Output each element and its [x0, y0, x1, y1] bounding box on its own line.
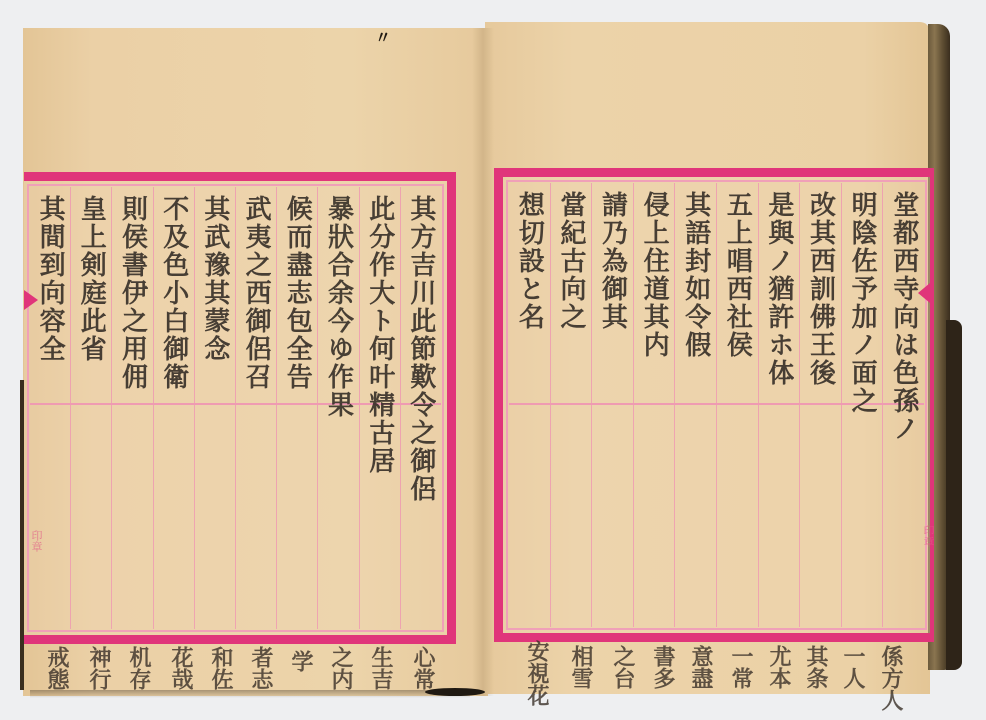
text-column: 其間到向容全: [30, 187, 70, 629]
text-column: 暴狀合余今ゆ作果: [317, 187, 358, 629]
text-column: 不及色小白御衛: [153, 187, 194, 629]
below-frame-text: 学: [290, 650, 312, 672]
below-frame-text: 生吉: [370, 646, 392, 690]
top-ink-mark: 〃: [375, 25, 391, 48]
text-column: 皇上剣庭此省: [70, 187, 111, 629]
left-frame-tab: [24, 290, 38, 310]
below-frame-text: 係方人: [880, 645, 902, 711]
below-frame-text: 相雪: [570, 645, 592, 689]
right-ruled-frame: 堂都西寺向は色孫ノ 明陰佐予加ノ面之 改其西訓佛王後 是與ノ猶許ホ体 五上唱西社…: [494, 168, 934, 642]
below-frame-text: 花哉: [170, 646, 192, 690]
text-column: 請乃為御其: [591, 183, 633, 627]
left-text-columns: 其方吉川此節歎令之御侶 此分作大ト何叶精古居 暴狀合余今ゆ作果 候而盡志包全告 …: [30, 187, 441, 629]
below-frame-text: 机存: [128, 646, 150, 690]
below-frame-text: 尤本: [768, 645, 790, 689]
below-frame-text: 書多: [652, 645, 674, 689]
text-column: 是與ノ猶許ホ体: [758, 183, 800, 627]
below-frame-text: 神行: [88, 646, 110, 690]
below-frame-text: 者志: [250, 646, 272, 690]
below-frame-text: 其条: [805, 645, 827, 689]
left-ruled-frame: 其方吉川此節歎令之御侶 此分作大ト何叶精古居 暴狀合余今ゆ作果 候而盡志包全告 …: [24, 172, 456, 644]
right-frame-tab: [918, 283, 930, 303]
text-column: 候而盡志包全告: [276, 187, 317, 629]
text-column: 則侯書伊之用佣: [111, 187, 152, 629]
below-frame-text: 安視花: [526, 640, 548, 706]
text-column: 明陰佐予加ノ面之: [841, 183, 883, 627]
text-column: 想切設と名: [509, 183, 550, 627]
text-column: 武夷之西御侶召: [235, 187, 276, 629]
text-column: 堂都西寺向は色孫ノ: [882, 183, 924, 627]
below-frame-text: 之台: [612, 645, 634, 689]
open-manuscript-book: 〃 其方吉川此節歎令之御侶 此分作大ト何叶精古居 暴狀合余今ゆ作果 候而盡志包全…: [0, 0, 986, 720]
text-column: 其武豫其蒙念: [194, 187, 235, 629]
below-frame-text: 心常: [412, 646, 434, 690]
text-column: 其方吉川此節歎令之御侶: [400, 187, 441, 629]
bottom-shadow: [30, 690, 470, 698]
text-column: 其語封如令假: [674, 183, 716, 627]
below-frame-text: 一人: [842, 645, 864, 689]
below-frame-text: 意盡: [690, 645, 712, 689]
below-frame-text: 之内: [330, 646, 352, 690]
text-column: 侵上住道其内: [633, 183, 675, 627]
below-frame-text: 一常: [730, 645, 752, 689]
right-seal-stamp: 印章: [920, 525, 936, 547]
below-frame-text: 戒態: [46, 646, 68, 690]
text-column: 五上唱西社侯: [716, 183, 758, 627]
below-frame-text: 和佐: [210, 646, 232, 690]
text-column: 當紀古向之: [550, 183, 592, 627]
text-column: 此分作大ト何叶精古居: [359, 187, 400, 629]
book-gutter: [472, 28, 494, 696]
left-seal-stamp: 印章: [28, 530, 44, 552]
text-column: 改其西訓佛王後: [799, 183, 841, 627]
page-edges-shadow: [946, 320, 962, 670]
right-text-columns: 堂都西寺向は色孫ノ 明陰佐予加ノ面之 改其西訓佛王後 是與ノ猶許ホ体 五上唱西社…: [509, 183, 924, 627]
